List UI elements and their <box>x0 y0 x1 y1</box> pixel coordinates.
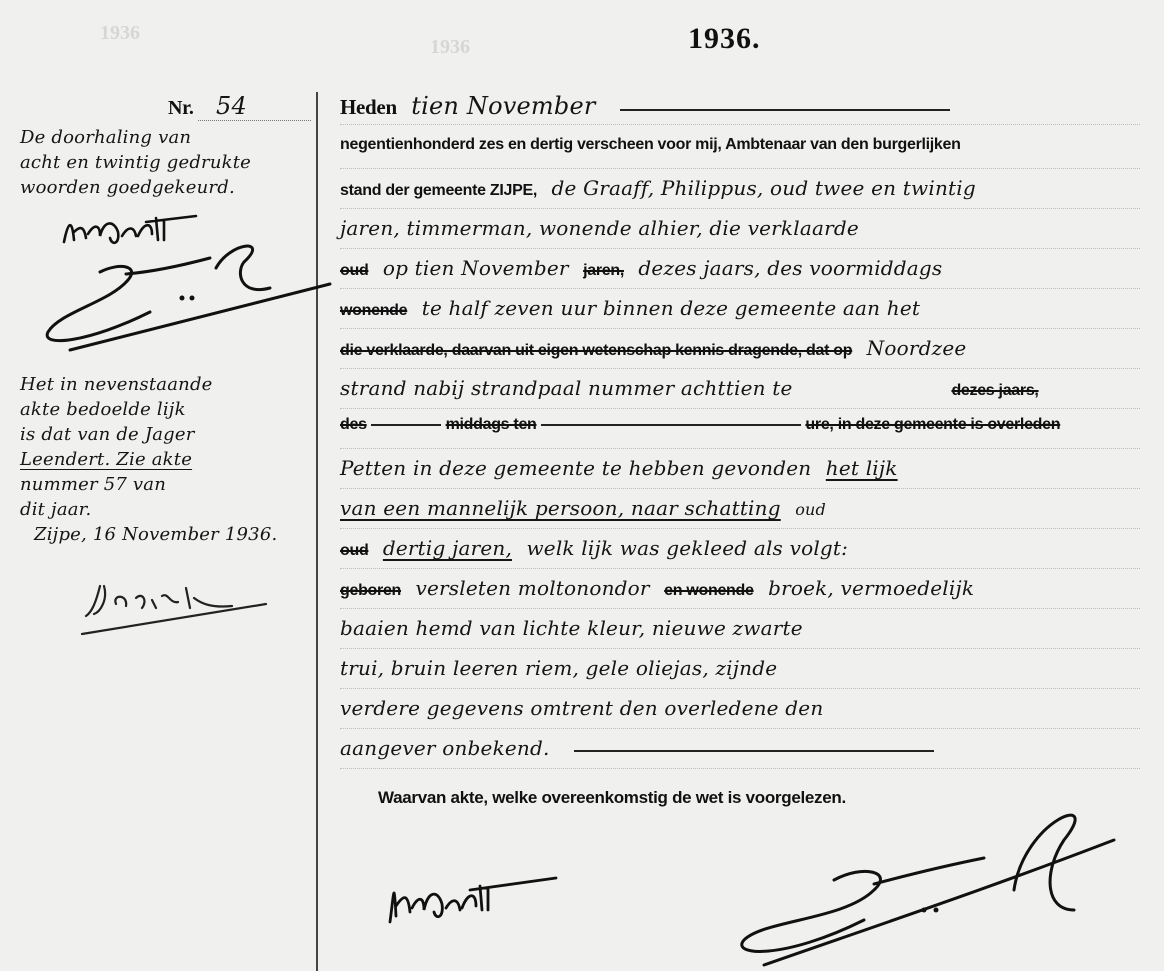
strike-rule <box>371 424 441 426</box>
signature-icon <box>82 578 272 638</box>
body-line: aangever onbekend. <box>340 736 1140 769</box>
body-line: die verklaarde, daarvan uit eigen wetens… <box>340 336 1140 369</box>
margin-note-deletions: De doorhaling van acht en twintig gedruk… <box>20 125 316 200</box>
body-line-date: Heden tien November <box>340 92 1140 125</box>
signature-official-margin <box>30 232 320 357</box>
margin-note-line: is dat van de Jager <box>20 422 316 447</box>
body-line: geboren versleten moltonondor en wonende… <box>340 576 1140 609</box>
body-line: stand der gemeente ZIJPE, de Graaff, Phi… <box>340 176 1140 209</box>
handwritten-text: Noordzee <box>867 336 967 360</box>
body-line: van een mannelijk persoon, naar schattin… <box>340 496 1140 529</box>
printed-text: stand der gemeente ZIJPE, <box>340 182 537 199</box>
margin-note-identification: Het in nevenstaande akte bedoelde lijk i… <box>20 372 316 547</box>
body-line: trui, bruin leeren riem, gele oliejas, z… <box>340 656 1140 689</box>
struck-printed-text: die verklaarde, daarvan uit eigen wetens… <box>340 342 852 359</box>
body-line: strand nabij strandpaal nummer achttien … <box>340 376 1140 409</box>
struck-printed-text: dezes jaars, <box>951 382 1038 399</box>
handwritten-text: broek, vermoedelijk <box>768 576 974 600</box>
body-line: Petten in deze gemeente te hebben gevond… <box>340 456 1140 489</box>
body-line: des middags ten ure, in deze gemeente is… <box>340 416 1140 449</box>
struck-printed-text: middags ten <box>446 416 537 433</box>
struck-printed-text: oud <box>340 262 368 279</box>
struck-printed-text: des <box>340 416 367 433</box>
handwritten-text: tien November <box>411 92 595 120</box>
body-line: wonende te half zeven uur binnen deze ge… <box>340 296 1140 329</box>
margin-note-line: nummer 57 van <box>20 472 316 497</box>
record-number-label: Nr. <box>168 97 194 119</box>
handwritten-text: oud <box>795 500 826 519</box>
margin-divider <box>316 92 318 971</box>
handwritten-text: verdere gegevens omtrent den overledene … <box>340 696 823 720</box>
register-year: 1936. <box>688 22 761 56</box>
signature-icon <box>380 872 560 932</box>
handwritten-text: aangever onbekend. <box>340 736 550 760</box>
margin-note-line: De doorhaling van <box>20 125 316 150</box>
struck-printed-text: geboren <box>340 582 401 599</box>
fill-rule <box>620 109 950 111</box>
margin-note-line: acht en twintig gedrukte <box>20 150 316 175</box>
margin-note-line: Leendert. Zie akte <box>20 447 316 472</box>
signature-declarant-bottom <box>380 872 560 937</box>
struck-printed-text: jaren, <box>583 262 624 279</box>
body-line: baaien hemd van lichte kleur, nieuwe zwa… <box>340 616 1140 649</box>
printed-text: Heden <box>340 95 397 119</box>
struck-printed-text: oud <box>340 542 368 559</box>
handwritten-text: dezes jaars, des voormiddags <box>638 256 942 280</box>
register-page: 1936 1936 1936. Nr. 54 De doorhaling van… <box>0 0 1164 971</box>
signature-margin-note-2 <box>82 578 272 643</box>
handwritten-text: Petten in deze gemeente te hebben gevond… <box>340 456 811 480</box>
printed-text: negentienhonderd zes en dertig verscheen… <box>340 136 961 153</box>
handwritten-text: baaien hemd van lichte kleur, nieuwe zwa… <box>340 616 803 640</box>
handwritten-underlined-text: het lijk <box>826 456 898 480</box>
handwritten-text: trui, bruin leeren riem, gele oliejas, z… <box>340 656 777 680</box>
body-line: negentienhonderd zes en dertig verscheen… <box>340 136 1140 169</box>
handwritten-underlined-text: dertig jaren, <box>383 536 512 560</box>
bleed-through-text: 1936 <box>430 36 470 59</box>
handwritten-text: de Graaff, Philippus, oud twee en twinti… <box>551 176 975 200</box>
bleed-through-text: 1936 <box>100 22 140 45</box>
fill-rule <box>574 750 934 752</box>
signature-icon <box>30 232 320 352</box>
struck-printed-text: ure, in deze gemeente is overleden <box>805 416 1060 433</box>
body-line: oud dertig jaren, welk lijk was gekleed … <box>340 536 1140 569</box>
signature-official-bottom <box>724 800 1124 971</box>
handwritten-text: jaren, timmerman, wonende alhier, die ve… <box>340 216 859 240</box>
body-line: jaren, timmerman, wonende alhier, die ve… <box>340 216 1140 249</box>
body-line: verdere gegevens omtrent den overledene … <box>340 696 1140 729</box>
handwritten-text: te half zeven uur binnen deze gemeente a… <box>422 296 920 320</box>
handwritten-text: welk lijk was gekleed als volgt: <box>526 536 848 560</box>
margin-note-line: woorden goedgekeurd. <box>20 175 316 200</box>
record-number: Nr. 54 <box>168 92 311 121</box>
signature-icon <box>724 800 1124 970</box>
struck-printed-text: en wonende <box>664 582 753 599</box>
margin-note-line: dit jaar. <box>20 497 316 522</box>
struck-printed-text: wonende <box>340 302 407 319</box>
margin-note-line: akte bedoelde lijk <box>20 397 316 422</box>
handwritten-text: strand nabij strandpaal nummer achttien … <box>340 376 793 400</box>
handwritten-text: op tien November <box>383 256 569 280</box>
body-line: oud op tien November jaren, dezes jaars,… <box>340 256 1140 289</box>
strike-rule <box>541 424 801 426</box>
handwritten-underlined-text: van een mannelijk persoon, naar schattin… <box>340 496 781 520</box>
margin-note-place-date: Zijpe, 16 November 1936. <box>20 522 316 547</box>
margin-note-line: Het in nevenstaande <box>20 372 316 397</box>
record-number-value: 54 <box>198 92 311 121</box>
handwritten-text: versleten moltonondor <box>415 576 649 600</box>
